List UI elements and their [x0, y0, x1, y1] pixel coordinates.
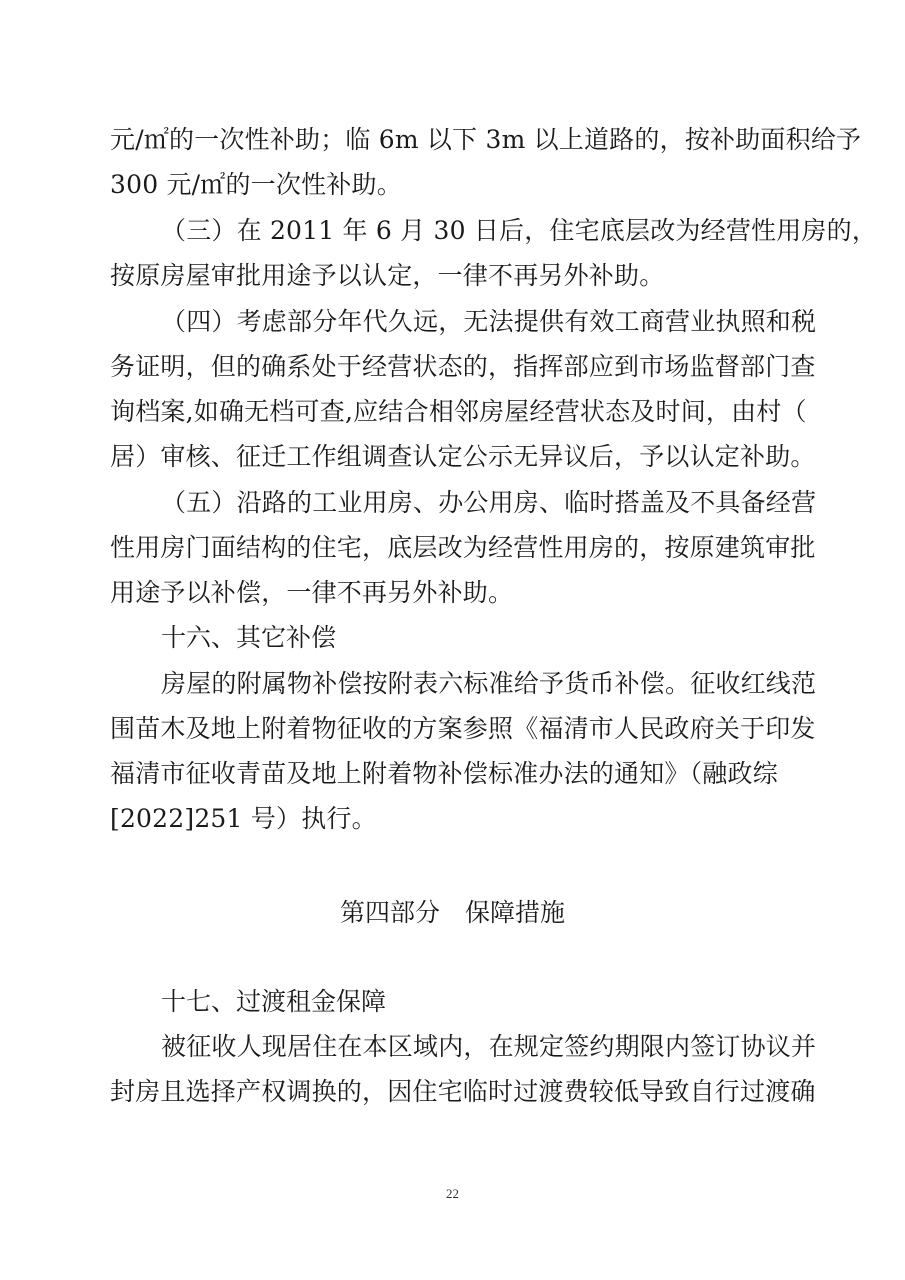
paragraph-line: 务证明，但的确系处于经营状态的，指挥部应到市场监督部门查 [110, 349, 802, 385]
paragraph-line: [2022]251 号）执行。 [110, 801, 802, 837]
paragraph-line: 围苗木及地上附着物征收的方案参照《福清市人民政府关于印发 [110, 711, 802, 747]
paragraph-line: 房屋的附属物补偿按附表六标准给予货币补偿。征收红线范 [161, 666, 802, 702]
paragraph-line: 封房且选择产权调换的，因住宅临时过渡费较低导致自行过渡确 [110, 1074, 802, 1110]
page-number: 22 [0, 1186, 905, 1202]
document-page: 元/㎡的一次性补助；临 6m 以下 3m 以上道路的，按补助面积给予 300 元… [0, 0, 905, 1280]
section-heading: 十六、其它补偿 [161, 620, 336, 656]
paragraph-line: 按原房屋审批用途予以认定，一律不再另外补助。 [110, 258, 802, 294]
paragraph-line: 300 元/㎡的一次性补助。 [110, 167, 802, 203]
paragraph-line: 元/㎡的一次性补助；临 6m 以下 3m 以上道路的，按补助面积给予 [110, 122, 802, 158]
paragraph-line: 询档案,如确无档可查,应结合相邻房屋经营状态及时间，由村（ [110, 394, 802, 430]
part-heading: 第四部分 保障措施 [0, 895, 905, 931]
paragraph-line: 福清市征收青苗及地上附着物补偿标准办法的通知》（融政综 [110, 756, 802, 792]
paragraph-line: 用途予以补偿，一律不再另外补助。 [110, 575, 802, 611]
paragraph-line: （三）在 2011 年 6 月 30 日后，住宅底层改为经营性用房的， [161, 213, 802, 249]
paragraph-line: 性用房门面结构的住宅，底层改为经营性用房的，按原建筑审批 [110, 530, 802, 566]
section-heading: 十七、过渡租金保障 [161, 984, 386, 1020]
paragraph-line: （五）沿路的工业用房、办公用房、临时搭盖及不具备经营 [161, 485, 802, 521]
paragraph-line: 居）审核、征迁工作组调查认定公示无异议后，予以认定补助。 [110, 439, 802, 475]
paragraph-line: 被征收人现居住在本区域内，在规定签约期限内签订协议并 [161, 1029, 802, 1065]
paragraph-line: （四）考虑部分年代久远，无法提供有效工商营业执照和税 [161, 304, 802, 340]
